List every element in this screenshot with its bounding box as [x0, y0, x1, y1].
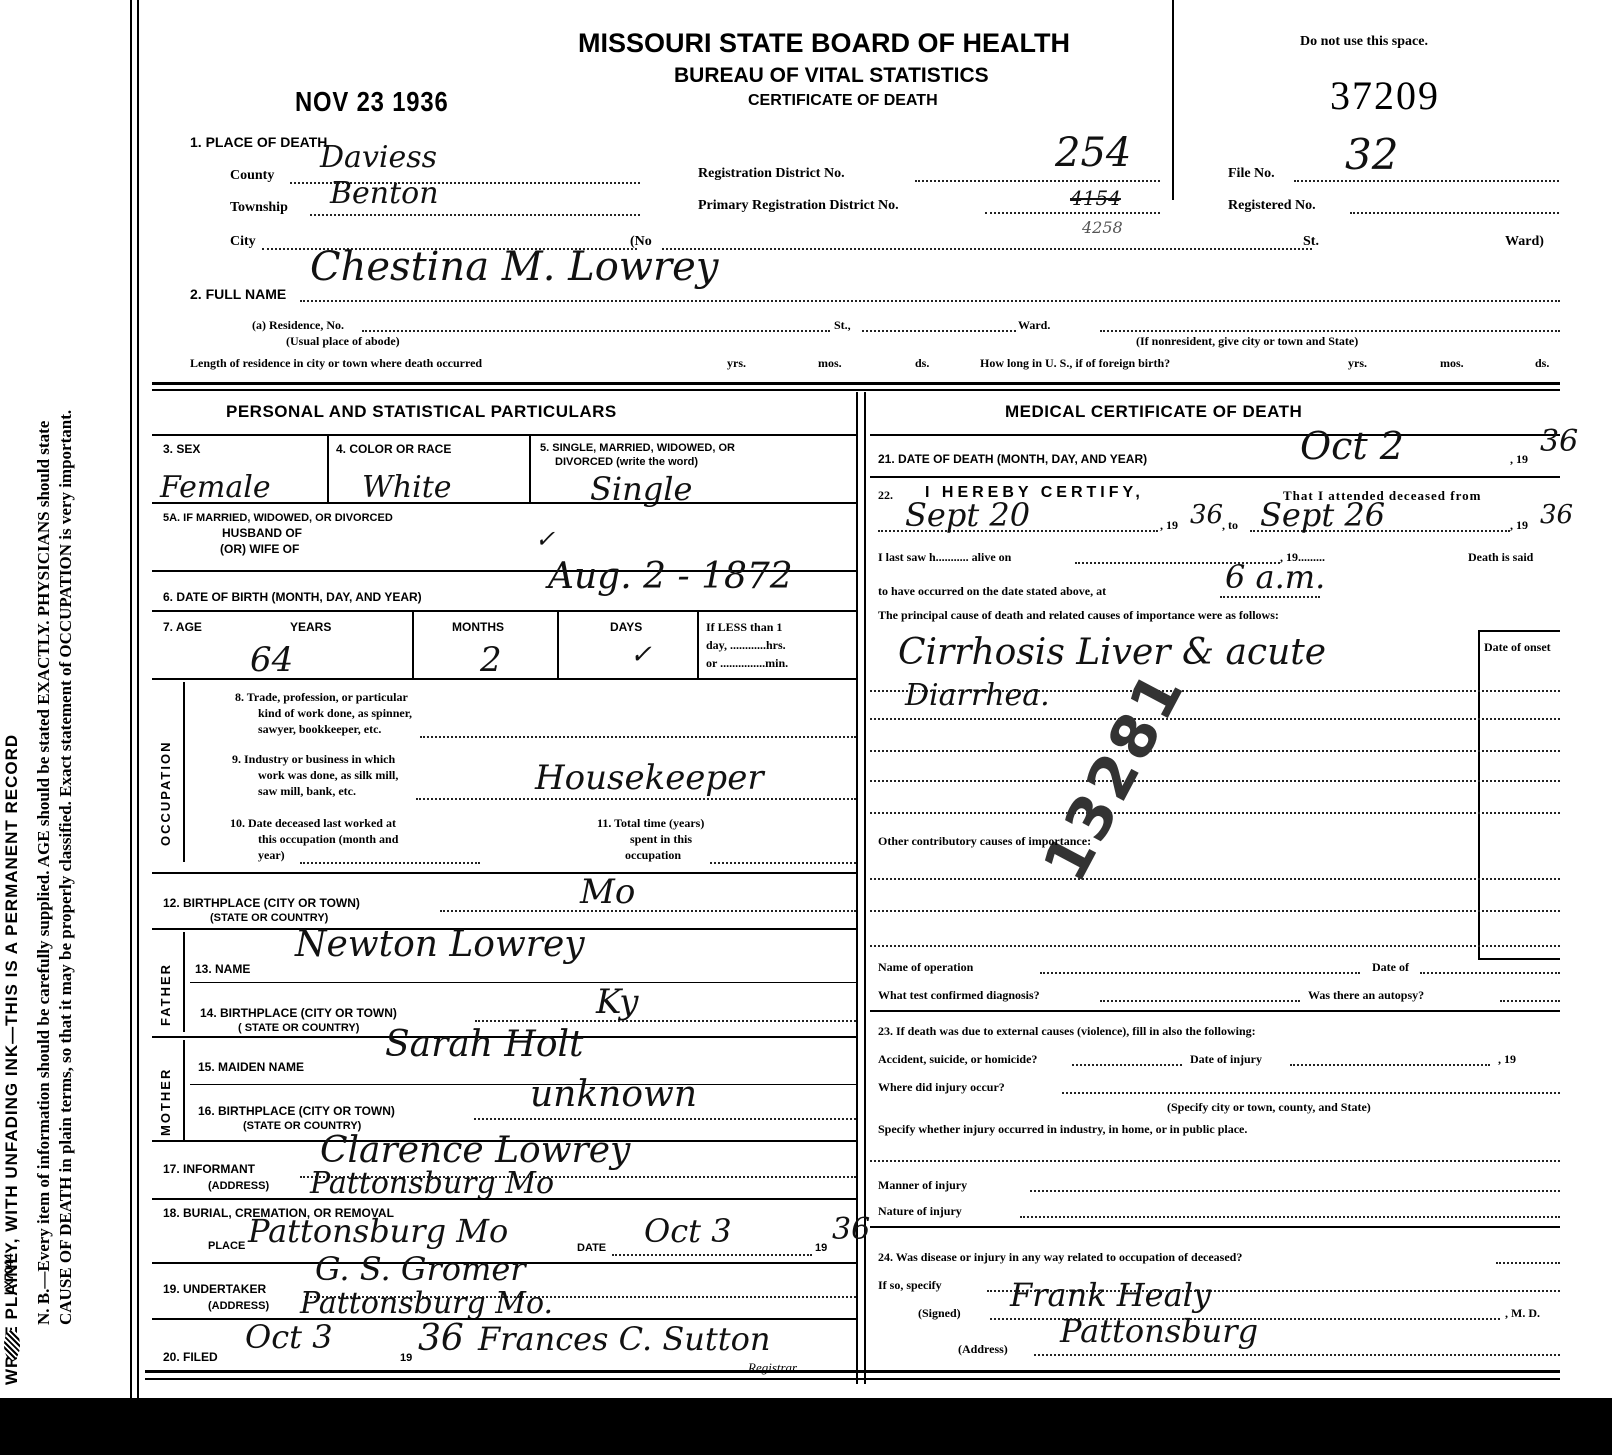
margin-note-line1: N. B.—Every item of information should b…: [34, 421, 54, 1325]
where-injury-note: (Specify city or town, county, and State…: [1167, 1100, 1371, 1115]
medical-section-title: MEDICAL CERTIFICATE OF DEATH: [1005, 402, 1302, 422]
burial-place-value: Pattonsburg Mo: [248, 1212, 508, 1250]
race-label: 4. COLOR OR RACE: [336, 442, 451, 456]
row-line-21: [870, 476, 1560, 478]
marital-label-2: DIVORCED (write the word): [555, 456, 698, 468]
from-year-prefix: , 19: [1160, 518, 1178, 533]
informant-value: Clarence Lowrey: [320, 1130, 630, 1171]
spouse-label-2: HUSBAND OF: [222, 526, 302, 540]
race-marital-divider: [529, 436, 531, 502]
months-days-divider: [557, 612, 559, 678]
street-field-line: [662, 248, 1312, 250]
physician-address-value: Pattonsburg: [1060, 1312, 1258, 1350]
section-divider-top: [152, 382, 1560, 385]
registered-no-line: [1350, 212, 1559, 214]
burial-date-line: [612, 1254, 812, 1256]
file-no-line: [1294, 180, 1559, 182]
father-birthplace-label: 14. BIRTHPLACE (CITY OR TOWN): [200, 1006, 397, 1020]
street-st-label: St.: [1303, 234, 1319, 250]
cause-dotline-3: [870, 750, 1560, 752]
days-less-divider: [697, 612, 699, 678]
onset-box-bottom: [1478, 958, 1560, 960]
nonresident-line: [1100, 330, 1560, 332]
accident-label: Accident, suicide, or homicide?: [878, 1052, 1037, 1067]
residence-ward-label: Ward.: [1018, 318, 1050, 333]
mother-name-value: Sarah Holt: [385, 1024, 583, 1065]
mother-birthplace-label: 16. BIRTHPLACE (CITY OR TOWN): [198, 1104, 395, 1118]
last-saw-label: I last saw h........... alive on: [878, 550, 1011, 565]
file-no-label: File No.: [1228, 166, 1275, 182]
days-label: DAYS: [610, 620, 642, 634]
birthplace-sub-label: (STATE OR COUNTRY): [210, 912, 328, 924]
onset-box-top: [1478, 630, 1560, 632]
mother-bracket: [183, 1040, 185, 1140]
registrar-label: Registrar.: [748, 1360, 799, 1376]
file-no-value: 32: [1345, 130, 1398, 179]
informant-label: 17. INFORMANT: [163, 1162, 255, 1176]
primary-reg-label: Primary Registration District No.: [698, 198, 899, 214]
dod-value: Oct 2: [1300, 424, 1404, 468]
row-line-23: [870, 1226, 1560, 1228]
years-label: YEARS: [290, 620, 331, 634]
injury-date-line: [1290, 1064, 1490, 1066]
sex-label: 3. SEX: [163, 442, 200, 456]
registered-no-label: Registered No.: [1228, 198, 1316, 214]
street-ward-label: Ward): [1505, 234, 1544, 250]
industry-label-3: saw mill, bank, etc.: [258, 784, 356, 799]
totaltime-label-2: spent in this: [630, 832, 692, 847]
months-label: MONTHS: [452, 620, 504, 634]
lastworked-label-2: this occupation (month and: [258, 832, 398, 847]
index-number-stamp: 13281: [1030, 658, 1199, 893]
dod-year-value: 36: [1540, 424, 1578, 459]
lastworked-label-1: 10. Date deceased last worked at: [230, 816, 396, 831]
time-value: 6 a.m.: [1225, 558, 1325, 596]
onset-label: Date of onset: [1484, 640, 1551, 655]
father-bracket: [183, 932, 185, 1032]
length-residence-label: Length of residence in city or town wher…: [190, 356, 482, 371]
age-months-value: 2: [480, 640, 502, 680]
autopsy-line: [1500, 1000, 1560, 1002]
certificate-number: 37209: [1330, 72, 1440, 119]
reg-district-line: [915, 180, 1160, 182]
burial-date-value: Oct 3: [644, 1212, 732, 1250]
to-year-prefix: , 19: [1510, 518, 1528, 533]
birthplace-line: [440, 910, 856, 912]
undertaker-address-value: Pattonsburg Mo.: [300, 1286, 553, 1321]
received-date-stamp: NOV 23 1936: [295, 86, 449, 118]
city-label: City: [230, 234, 256, 250]
usual-place-note: (Usual place of abode): [286, 334, 400, 349]
residence-st-label: St.,: [834, 318, 851, 333]
sex-race-divider: [327, 436, 329, 502]
external-causes-label: 23. If death was due to external causes …: [878, 1024, 1256, 1039]
scan-border-bottom: [0, 1398, 1612, 1455]
nonresident-note: (If nonresident, give city or town and S…: [1136, 334, 1358, 349]
dod-year-prefix: , 19: [1510, 452, 1528, 467]
father-birthplace-line: [475, 1020, 856, 1022]
occupation-vertical-label: OCCUPATION: [158, 741, 173, 846]
county-label: County: [230, 168, 274, 184]
cause-dotline-4: [870, 780, 1560, 782]
foreign-birth-label: How long in U. S., if of foreign birth?: [980, 356, 1170, 371]
operation-date-line: [1420, 972, 1560, 974]
do-not-use-label: Do not use this space.: [1300, 34, 1428, 50]
spouse-label-3: (OR) WIFE OF: [220, 542, 299, 556]
length-mos: mos.: [818, 356, 842, 371]
mother-name-line: [190, 1084, 856, 1085]
bottom-divider: [145, 1370, 1560, 1373]
industry-label-2: work was done, as silk mill,: [258, 768, 398, 783]
operation-line: [1040, 972, 1360, 974]
spouse-label-1: 5A. IF MARRIED, WIDOWED, OR DIVORCED: [163, 512, 393, 524]
age-years-value: 64: [250, 640, 293, 680]
injury-year-prefix: , 19: [1498, 1052, 1516, 1067]
cause-dotline-2: [870, 718, 1560, 720]
reg-district-value: 254: [1055, 130, 1131, 176]
father-name-value: Newton Lowrey: [295, 924, 585, 965]
personal-header-line: [152, 434, 856, 436]
occupation-bracket: [183, 682, 185, 862]
nature-label: Nature of injury: [878, 1204, 962, 1219]
mother-vertical-label: MOTHER: [158, 1068, 173, 1136]
union-label-icon: [4, 1330, 20, 1360]
frame-left-line-2: [137, 0, 139, 1398]
burial-year-prefix: 19: [815, 1242, 827, 1254]
to-year-value: 36: [1540, 500, 1573, 530]
race-value: White: [362, 470, 452, 505]
age-label: 7. AGE: [163, 620, 202, 634]
reg-district-label: Registration District No.: [698, 166, 845, 182]
where-injury-label: Where did injury occur?: [878, 1080, 1005, 1095]
county-value: Daviess: [320, 140, 437, 175]
burial-year-value: 36: [832, 1212, 870, 1247]
occurred-label: to have occurred on the date stated abov…: [878, 584, 1106, 599]
place-of-death-label: 1. PLACE OF DEATH: [190, 134, 327, 150]
margin-note-line2: CAUSE OF DEATH in plain terms, so that i…: [56, 410, 76, 1325]
less-than-label-1: If LESS than 1: [706, 620, 782, 635]
physician-address-line: [1034, 1354, 1560, 1356]
specify-injury-label: Specify whether injury occurred in indus…: [878, 1122, 1247, 1137]
totaltime-label-1: 11. Total time (years): [597, 816, 704, 831]
father-birthplace-value: Ky: [596, 982, 638, 1022]
manner-line: [1030, 1190, 1560, 1192]
physician-address-label: (Address): [958, 1342, 1008, 1357]
informant-address-value: Pattonsburg Mo: [310, 1166, 554, 1201]
sex-value: Female: [160, 470, 271, 505]
totaltime-line: [710, 862, 856, 864]
trade-label-2: kind of work done, as spinner,: [258, 706, 412, 721]
test-line: [1100, 1000, 1300, 1002]
length-ds: ds.: [915, 356, 929, 371]
burial-date-label: DATE: [577, 1242, 606, 1254]
industry-line: [416, 798, 856, 800]
row-line-22: [870, 1010, 1560, 1012]
certificate-title: CERTIFICATE OF DEATH: [748, 92, 938, 110]
trade-line: [420, 736, 856, 738]
full-name-value: Chestina M. Lowrey: [310, 244, 718, 290]
mother-name-label: 15. MAIDEN NAME: [198, 1060, 304, 1074]
header-divider: [1172, 0, 1174, 200]
length-yrs: yrs.: [727, 356, 746, 371]
less-than-label-3: or ...............min.: [706, 656, 788, 671]
where-injury-line: [1062, 1092, 1560, 1094]
years-months-divider: [412, 612, 414, 678]
occupation-related-line: [1496, 1262, 1560, 1264]
residence-line: [362, 330, 830, 332]
spouse-check-mark: ✓: [535, 525, 555, 553]
residence-ward-line: [862, 330, 1016, 332]
trade-label-3: sawyer, bookkeeper, etc.: [258, 722, 381, 737]
primary-reg-extra: 4258: [1082, 218, 1123, 237]
row-line-11: [152, 872, 856, 874]
board-title: MISSOURI STATE BOARD OF HEALTH: [578, 28, 1070, 59]
foreign-ds: ds.: [1535, 356, 1549, 371]
father-name-line: [190, 982, 856, 983]
cause-line-2: Diarrhea.: [905, 678, 1050, 713]
lastworked-label-3: year): [258, 848, 285, 863]
totaltime-label-3: occupation: [625, 848, 681, 863]
operation-label: Name of operation: [878, 960, 973, 975]
row-line-5: [152, 502, 856, 504]
filed-year-prefix: 19: [400, 1352, 412, 1364]
age-days-value: ✓: [630, 640, 652, 670]
specify-injury-line: [870, 1160, 1560, 1162]
father-birthplace-sub: ( STATE OR COUNTRY): [238, 1022, 359, 1034]
from-year-value: 36: [1190, 500, 1223, 530]
full-name-line: [300, 300, 1560, 302]
father-vertical-label: FATHER: [158, 963, 173, 1026]
dob-label: 6. DATE OF BIRTH (MONTH, DAY, AND YEAR): [163, 590, 422, 604]
attended-to-value: Sept 26: [1260, 496, 1385, 534]
principal-cause-label: The principal cause of death and related…: [878, 608, 1279, 623]
other-dotline-2: [870, 910, 1560, 912]
residence-label: (a) Residence, No.: [252, 318, 344, 333]
less-than-label-2: day, ............hrs.: [706, 638, 786, 653]
row-line-6: [152, 610, 856, 612]
township-value: Benton: [330, 176, 439, 211]
dod-label: 21. DATE OF DEATH (MONTH, DAY, AND YEAR): [878, 452, 1147, 466]
manner-label: Manner of injury: [878, 1178, 967, 1193]
marital-label: 5. SINGLE, MARRIED, WIDOWED, OR: [540, 442, 735, 454]
medical-header-line: [870, 434, 1560, 436]
nature-line: [1020, 1216, 1560, 1218]
primary-reg-line: [985, 212, 1160, 214]
row-line-17: [152, 1198, 856, 1200]
foreign-mos: mos.: [1440, 356, 1464, 371]
undertaker-label: 19. UNDERTAKER: [163, 1282, 266, 1296]
if-so-label: If so, specify: [878, 1278, 942, 1293]
foreign-yrs: yrs.: [1348, 356, 1367, 371]
full-name-label: 2. FULL NAME: [190, 286, 286, 302]
industry-value: Housekeeper: [535, 758, 764, 798]
physician-signature: Frank Healy: [1010, 1276, 1211, 1314]
dob-value: Aug. 2 - 1872: [548, 556, 793, 597]
signed-label: (Signed): [918, 1306, 961, 1321]
primary-reg-value: 4154: [1070, 186, 1121, 210]
undertaker-address-label: (ADDRESS): [208, 1300, 269, 1312]
undertaker-value: G. S. Gromer: [315, 1250, 526, 1288]
filed-year-value: 36: [418, 1318, 464, 1359]
attended-from-value: Sept 20: [905, 496, 1030, 534]
frame-left-line: [130, 0, 132, 1398]
operation-date-label: Date of: [1372, 960, 1409, 975]
bureau-title: BUREAU OF VITAL STATISTICS: [674, 64, 989, 88]
death-said-label: Death is said: [1468, 550, 1533, 565]
cause-line-1: Cirrhosis Liver & acute: [898, 632, 1326, 673]
section-divider-top-2: [152, 389, 1560, 391]
md-label: , M. D.: [1505, 1306, 1540, 1321]
occupation-related-label: 24. Was disease or injury in any way rel…: [878, 1250, 1242, 1265]
filed-label: 20. FILED: [163, 1350, 218, 1364]
other-dotline-1: [870, 878, 1560, 880]
trade-label-1: 8. Trade, profession, or particular: [235, 690, 408, 705]
bottom-divider-2: [145, 1378, 1560, 1380]
burial-place-label: PLACE: [208, 1240, 245, 1252]
certify-number: 22.: [878, 488, 893, 503]
birthplace-value: Mo: [580, 872, 635, 912]
mother-birthplace-value: unknown: [530, 1074, 697, 1115]
form-code: I X7044: [2, 1254, 16, 1295]
test-label: What test confirmed diagnosis?: [878, 988, 1040, 1003]
row-line-7: [152, 678, 856, 680]
township-label: Township: [230, 200, 288, 216]
autopsy-label: Was there an autopsy?: [1308, 988, 1424, 1003]
injury-date-label: Date of injury: [1190, 1052, 1262, 1067]
industry-label-1: 9. Industry or business in which: [232, 752, 395, 767]
to-label: , to: [1222, 518, 1238, 533]
other-dotline-3: [870, 945, 1560, 947]
time-line: [1220, 596, 1320, 598]
filed-date-value: Oct 3: [245, 1318, 333, 1356]
cause-dotline-5: [870, 812, 1560, 814]
father-name-label: 13. NAME: [195, 962, 250, 976]
township-field-line: [310, 214, 640, 216]
mother-birthplace-line: [474, 1118, 856, 1120]
accident-line: [1072, 1064, 1182, 1066]
birthplace-label: 12. BIRTHPLACE (CITY OR TOWN): [163, 896, 360, 910]
personal-section-title: PERSONAL AND STATISTICAL PARTICULARS: [226, 402, 617, 422]
informant-address-label: (ADDRESS): [208, 1180, 269, 1192]
other-causes-label: Other contributory causes of importance:: [878, 834, 1091, 849]
lastworked-line: [300, 862, 480, 864]
registrar-signature: Frances C. Sutton: [478, 1320, 770, 1358]
